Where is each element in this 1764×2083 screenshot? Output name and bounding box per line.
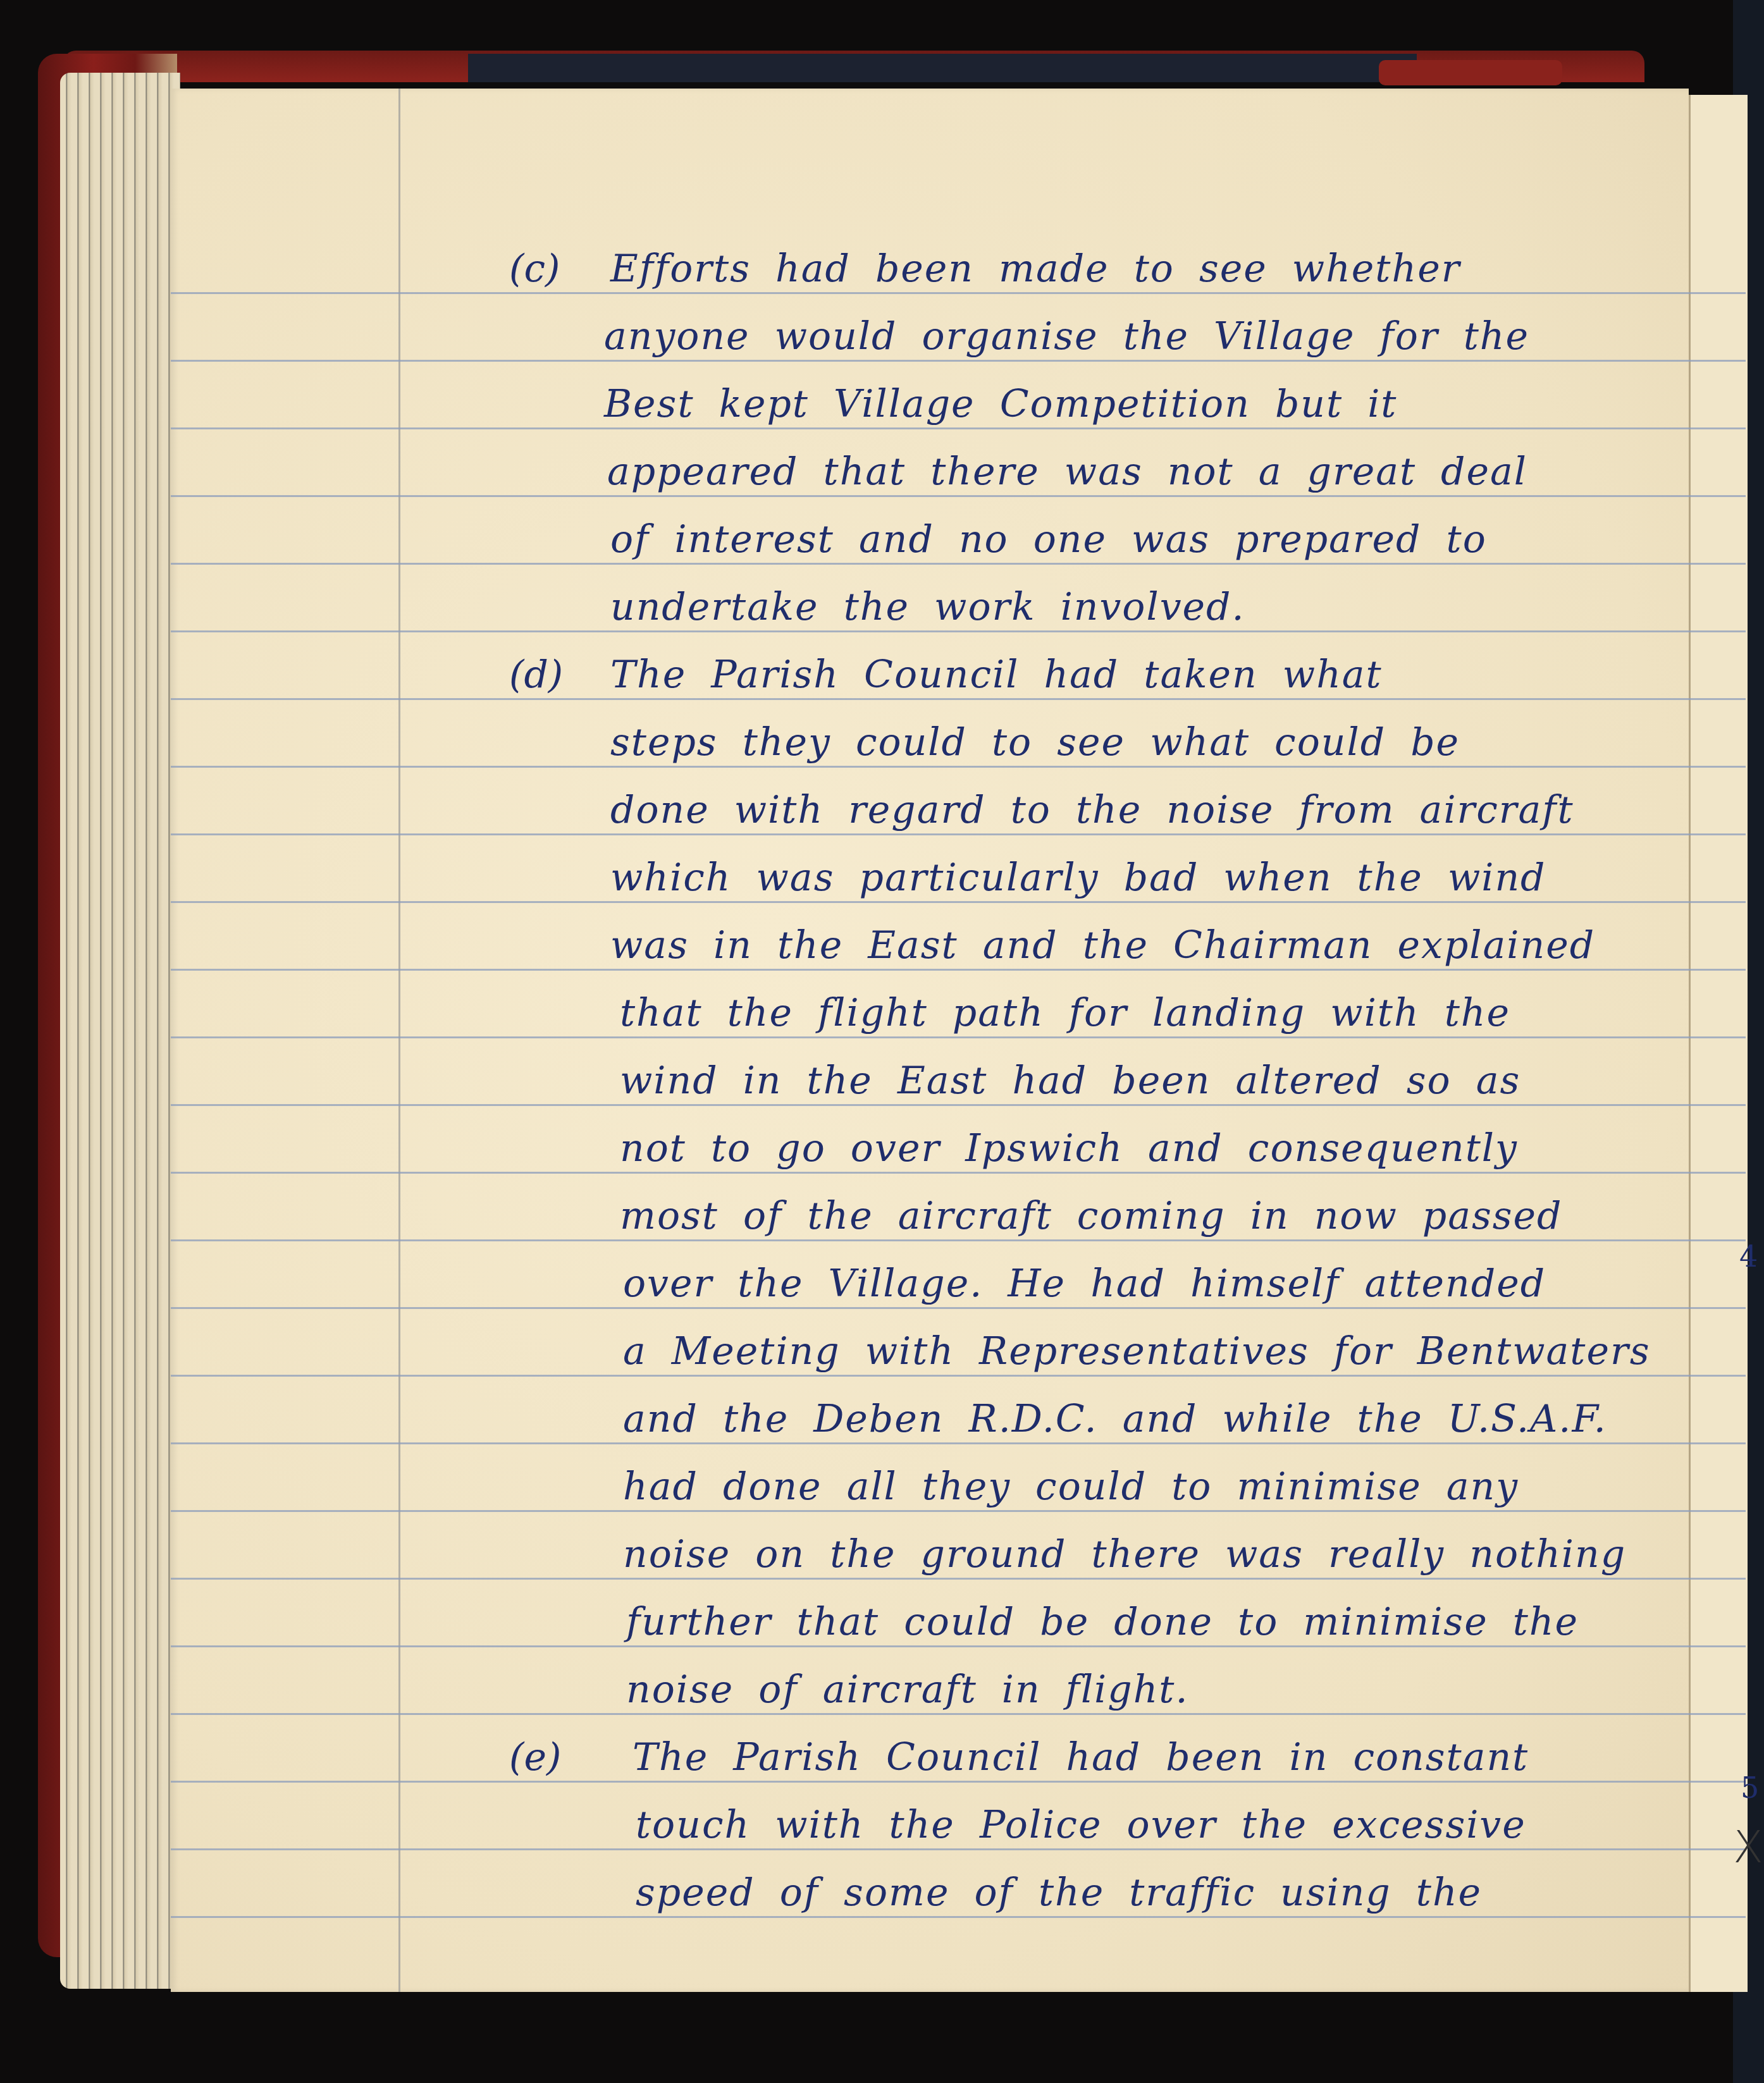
ruled-line xyxy=(171,1510,1746,1512)
ruled-line xyxy=(171,833,1746,835)
ruled-line xyxy=(171,1239,1746,1241)
text-line: anyone would organise the Village for th… xyxy=(604,314,1529,359)
text-line: speed of some of the traffic using the xyxy=(636,1871,1482,1915)
item-label-d: (d) xyxy=(509,653,563,697)
text-line: The Parish Council had been in constant xyxy=(632,1735,1529,1779)
text-line: The Parish Council had taken what xyxy=(610,653,1383,697)
text-line: was in the East and the Chairman explain… xyxy=(610,923,1595,968)
text-line: over the Village. He had himself attende… xyxy=(623,1262,1546,1306)
book-cover-top-torn-red xyxy=(1379,60,1562,85)
text-line: and the Deben R.D.C. and while the U.S.A… xyxy=(623,1397,1607,1441)
ruled-line xyxy=(171,766,1746,768)
ruled-line xyxy=(171,1307,1746,1309)
ruled-line xyxy=(171,901,1746,903)
text-line: Efforts had been made to see whether xyxy=(610,247,1460,291)
ruled-line xyxy=(171,1848,1746,1850)
book-cover-top-dark-cloth xyxy=(468,54,1417,82)
next-page-margin-x-mark: X xyxy=(1733,1821,1763,1873)
ruled-line xyxy=(171,1172,1746,1174)
margin-rule xyxy=(398,89,400,1992)
text-line: done with regard to the noise from aircr… xyxy=(610,788,1574,832)
next-page-edge xyxy=(1689,95,1748,1992)
next-page-margin-number-5: 5 xyxy=(1741,1771,1759,1805)
ruled-line xyxy=(171,1781,1746,1783)
text-line: noise of aircraft in flight. xyxy=(626,1668,1189,1712)
text-line: a Meeting with Representatives for Bentw… xyxy=(623,1329,1650,1373)
text-line: that the flight path for landing with th… xyxy=(620,991,1510,1035)
text-line: had done all they could to minimise any xyxy=(623,1465,1519,1509)
ruled-line xyxy=(171,292,1746,294)
next-page-margin-number-4: 4 xyxy=(1739,1239,1758,1274)
text-line: which was particularly bad when the wind xyxy=(610,856,1546,900)
text-line: noise on the ground there was really not… xyxy=(623,1532,1626,1576)
text-line: touch with the Police over the excessive xyxy=(636,1803,1526,1847)
ruled-line xyxy=(171,630,1746,632)
text-line: further that could be done to minimise t… xyxy=(626,1600,1579,1644)
ruled-line xyxy=(171,1036,1746,1038)
text-line: Best kept Village Competition but it xyxy=(604,382,1397,426)
text-line: of interest and no one was prepared to xyxy=(610,517,1487,562)
text-line: steps they could to see what could be xyxy=(610,720,1460,765)
ruled-line xyxy=(171,969,1746,971)
ruled-line xyxy=(171,1713,1746,1715)
ruled-line xyxy=(171,1442,1746,1444)
text-line: undertake the work involved. xyxy=(610,585,1245,629)
item-label-e: (e) xyxy=(509,1735,561,1779)
ruled-line xyxy=(171,563,1746,565)
ruled-line xyxy=(171,1375,1746,1377)
ruled-line xyxy=(171,1645,1746,1647)
text-line: appeared that there was not a great deal xyxy=(607,450,1527,494)
ruled-line xyxy=(171,1916,1746,1918)
page-stack-edges xyxy=(60,73,180,1989)
ruled-line xyxy=(171,698,1746,700)
text-line: most of the aircraft coming in now passe… xyxy=(620,1194,1563,1238)
ruled-line xyxy=(171,1578,1746,1580)
text-line: wind in the East had been altered so as xyxy=(620,1059,1520,1103)
ruled-line xyxy=(171,1104,1746,1106)
ruled-line xyxy=(171,495,1746,497)
item-label-c: (c) xyxy=(509,247,560,291)
ruled-line xyxy=(171,360,1746,362)
text-line: not to go over Ipswich and consequently xyxy=(620,1126,1518,1171)
ruled-line xyxy=(171,427,1746,429)
